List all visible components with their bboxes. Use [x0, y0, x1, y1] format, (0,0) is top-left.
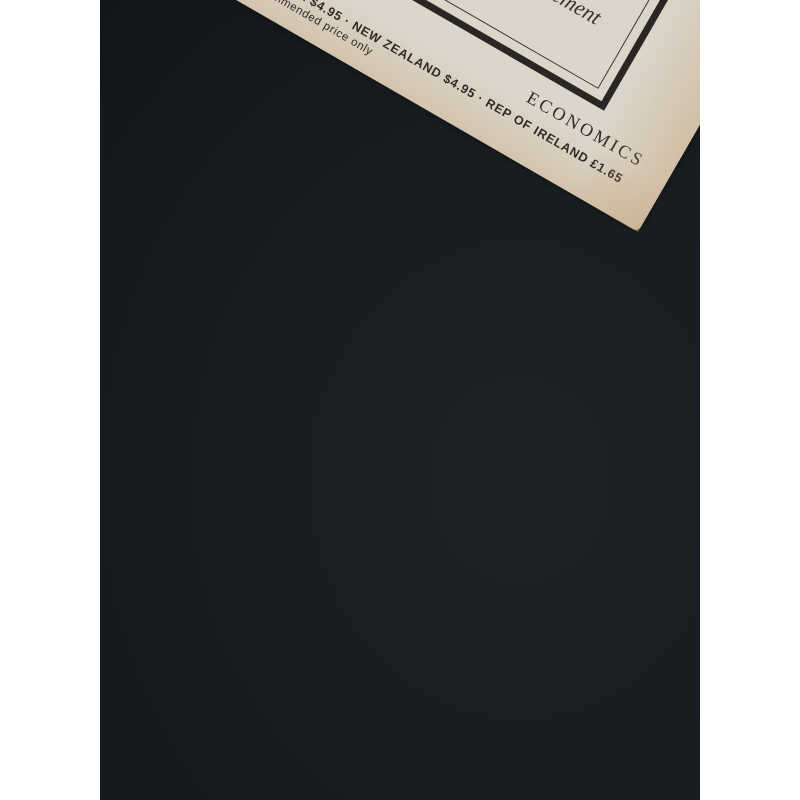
- book-back-cover: ... promotes, pursuit of ... Sc speciali…: [100, 0, 700, 232]
- cover-content: ... promotes, pursuit of ... Sc speciali…: [100, 0, 700, 232]
- photo: ... promotes, pursuit of ... Sc speciali…: [100, 0, 700, 800]
